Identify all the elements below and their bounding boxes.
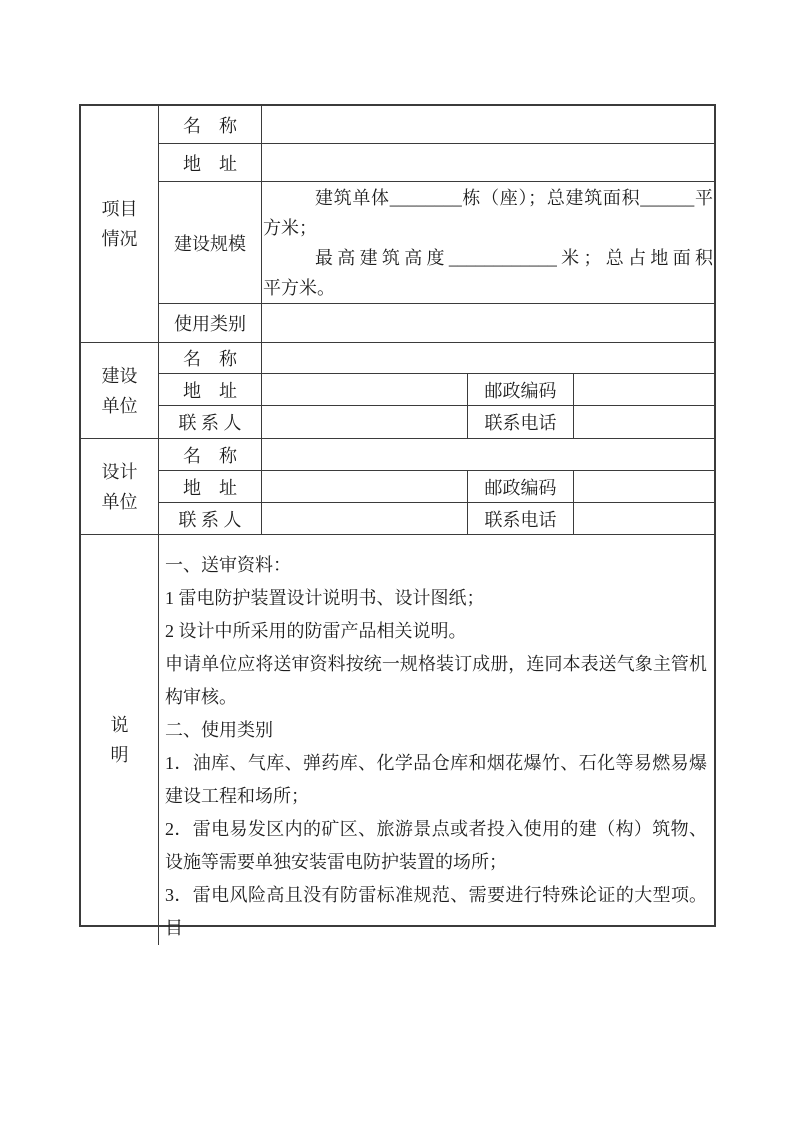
row-builder-address: 地 址 邮政编码 (159, 374, 714, 406)
builder-postal-field[interactable] (574, 374, 714, 405)
project-usage-label: 使用类别 (159, 304, 262, 342)
project-name-label: 名 称 (159, 106, 262, 143)
section-label-line: 说 (111, 710, 129, 740)
designer-postal-field[interactable] (574, 471, 714, 502)
builder-name-field[interactable] (262, 343, 714, 373)
designer-address-label: 地 址 (159, 471, 262, 502)
scale-text-line: 最高建筑高度____________米；总占地面积 (263, 243, 713, 273)
notes-last-period: 。 (689, 879, 707, 945)
section-designer-unit: 设计 单位 名 称 地 址 邮政编码 联 系 人 联系电话 (81, 439, 714, 535)
section-label-line: 单位 (102, 487, 138, 517)
section-label-line: 明 (111, 740, 129, 770)
row-designer-address: 地 址 邮政编码 (159, 471, 714, 503)
section-label-line: 情况 (102, 224, 138, 254)
notes-text-block: 一、送审资料： 1 雷电防护装置设计说明书、设计图纸； 2 设计中所采用的防雷产… (159, 535, 714, 945)
builder-address-field[interactable] (262, 374, 467, 405)
designer-address-field[interactable] (262, 471, 467, 502)
row-builder-name: 名 称 (159, 343, 714, 374)
designer-phone-label: 联系电话 (467, 503, 574, 534)
designer-contact-label: 联 系 人 (159, 503, 262, 534)
row-designer-contact: 联 系 人 联系电话 (159, 503, 714, 534)
section-label-line: 项目 (102, 194, 138, 224)
builder-address-label: 地 址 (159, 374, 262, 405)
section-label-line: 建设 (102, 361, 138, 391)
section-label-line: 单位 (102, 391, 138, 421)
row-project-name: 名 称 (159, 106, 714, 144)
builder-phone-field[interactable] (574, 406, 714, 438)
section-label-notes: 说 明 (81, 535, 159, 945)
builder-phone-label: 联系电话 (467, 406, 574, 438)
builder-postal-label: 邮政编码 (467, 374, 574, 405)
section-project-info: 项目 情况 名 称 地 址 建设规模 建筑单体________栋（座）；总建筑面… (81, 106, 714, 343)
section-body-project-info: 名 称 地 址 建设规模 建筑单体________栋（座）；总建筑面积_____… (159, 106, 714, 342)
notes-paragraph: 2．雷电易发区内的矿区、旅游景点或者投入使用的建（构）筑物、设施等需要单独安装雷… (165, 813, 707, 879)
row-project-usage: 使用类别 (159, 304, 714, 342)
section-body-designer-unit: 名 称 地 址 邮政编码 联 系 人 联系电话 (159, 439, 714, 534)
section-body-builder-unit: 名 称 地 址 邮政编码 联 系 人 联系电话 (159, 343, 714, 438)
project-usage-field[interactable] (262, 304, 714, 342)
notes-paragraph-last: 3．雷电风险高且没有防雷标准规范、需要进行特殊论证的大型项目 。 (165, 879, 707, 945)
designer-name-field[interactable] (262, 439, 714, 470)
notes-paragraph: 1．油库、气库、弹药库、化学品仓库和烟花爆竹、石化等易燃易爆建设工程和场所； (165, 747, 707, 813)
notes-paragraph: 1 雷电防护装置设计说明书、设计图纸； (165, 582, 707, 615)
row-project-scale: 建设规模 建筑单体________栋（座）；总建筑面积______平 方米； 最… (159, 182, 714, 304)
notes-paragraph: 一、送审资料： (165, 549, 707, 582)
section-label-builder-unit: 建设 单位 (81, 343, 159, 438)
project-scale-label: 建设规模 (159, 182, 262, 303)
row-project-address: 地 址 (159, 144, 714, 182)
builder-contact-field[interactable] (262, 406, 467, 438)
section-builder-unit: 建设 单位 名 称 地 址 邮政编码 联 系 人 联系电话 (81, 343, 714, 439)
designer-contact-field[interactable] (262, 503, 467, 534)
designer-phone-field[interactable] (574, 503, 714, 534)
scale-text-line: 平方米。 (263, 273, 713, 303)
scale-text-line: 方米； (263, 213, 713, 243)
notes-paragraph: 二、使用类别 (165, 714, 707, 747)
section-label-line: 设计 (102, 457, 138, 487)
row-designer-name: 名 称 (159, 439, 714, 471)
notes-last-text: 3．雷电风险高且没有防雷标准规范、需要进行特殊论证的大型项目 (165, 879, 689, 945)
builder-name-label: 名 称 (159, 343, 262, 373)
designer-postal-label: 邮政编码 (467, 471, 574, 502)
notes-paragraph: 申请单位应将送审资料按统一规格装订成册，连同本表送气象主管机构审核。 (165, 648, 707, 714)
builder-contact-label: 联 系 人 (159, 406, 262, 438)
section-label-project-info: 项目 情况 (81, 106, 159, 342)
project-scale-field[interactable]: 建筑单体________栋（座）；总建筑面积______平 方米； 最高建筑高度… (262, 182, 714, 303)
application-form-table: 项目 情况 名 称 地 址 建设规模 建筑单体________栋（座）；总建筑面… (79, 104, 716, 927)
notes-paragraph: 2 设计中所采用的防雷产品相关说明。 (165, 615, 707, 648)
project-name-field[interactable] (262, 106, 714, 143)
section-label-designer-unit: 设计 单位 (81, 439, 159, 534)
scale-text-line: 建筑单体________栋（座）；总建筑面积______平 (263, 183, 713, 213)
row-builder-contact: 联 系 人 联系电话 (159, 406, 714, 438)
project-address-label: 地 址 (159, 144, 262, 181)
section-notes: 说 明 一、送审资料： 1 雷电防护装置设计说明书、设计图纸； 2 设计中所采用… (81, 535, 714, 945)
designer-name-label: 名 称 (159, 439, 262, 470)
project-address-field[interactable] (262, 144, 714, 181)
document-page: 项目 情况 名 称 地 址 建设规模 建筑单体________栋（座）；总建筑面… (0, 0, 794, 1122)
